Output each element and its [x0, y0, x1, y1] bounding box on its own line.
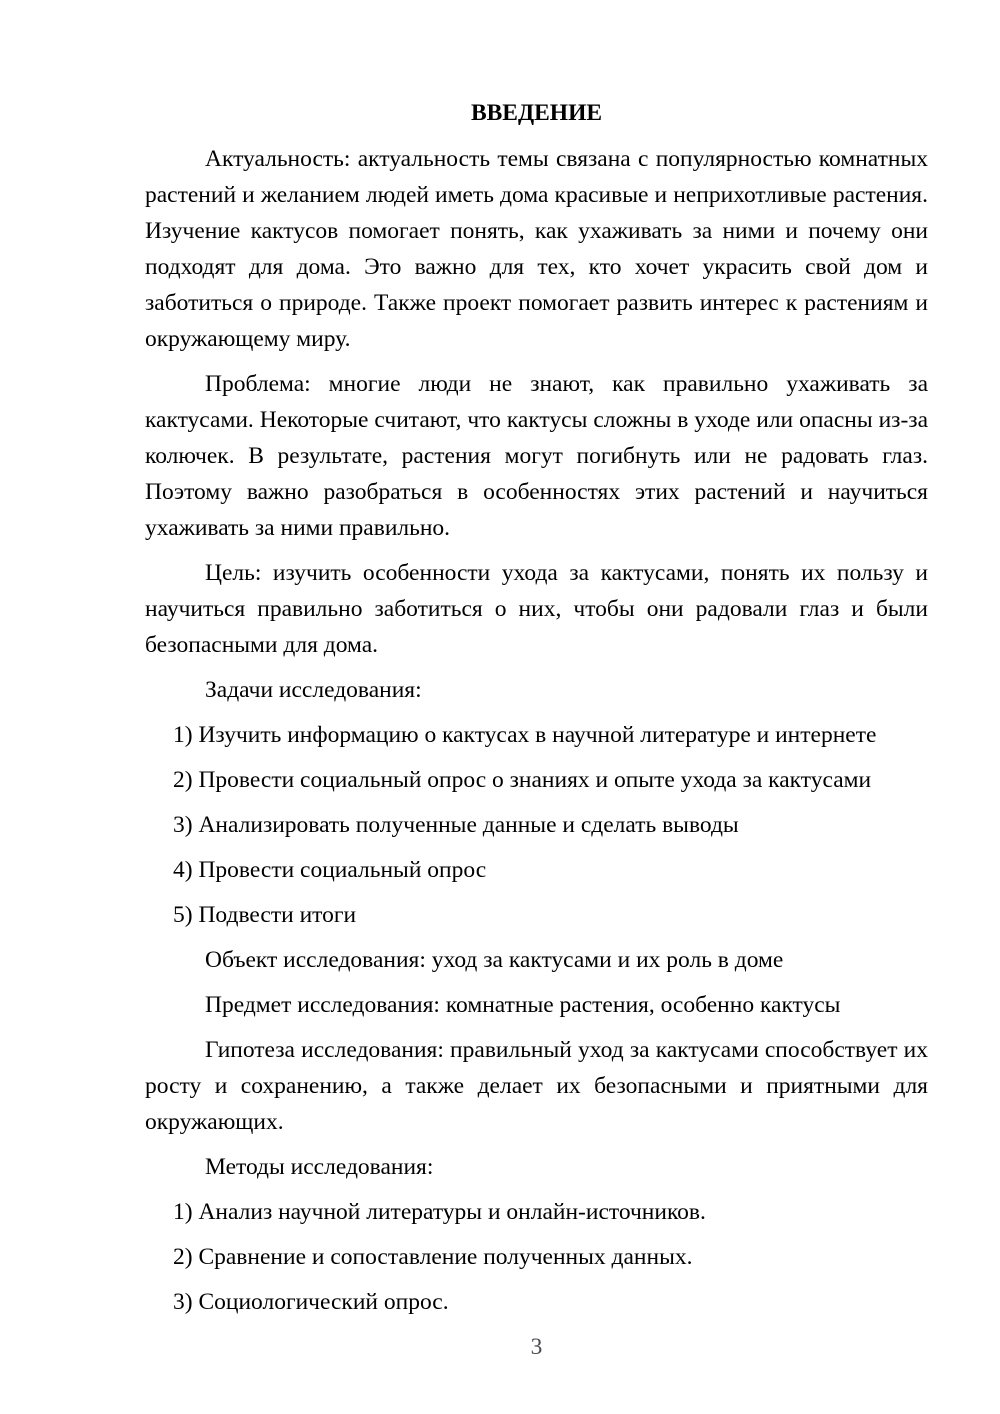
task-item-1-number: 1) [173, 722, 193, 748]
method-item-3-number: 3) [173, 1289, 193, 1315]
task-item-3: 3) Анализировать полученные данные и сде… [145, 807, 928, 843]
paragraph-goal: Цель: изучить особенности ухода за какту… [145, 555, 928, 663]
task-item-5-number: 5) [173, 902, 193, 928]
task-item-2-text: Провести социальный опрос о знаниях и оп… [198, 767, 871, 793]
document-page: ВВЕДЕНИЕ Актуальность: актуальность темы… [0, 0, 1000, 1414]
task-item-3-text: Анализировать полученные данные и сделат… [198, 812, 738, 838]
tasks-heading: Задачи исследования: [145, 672, 928, 708]
task-item-2-number: 2) [173, 767, 193, 793]
doc-title: ВВЕДЕНИЕ [145, 95, 928, 131]
task-item-1: 1) Изучить информацию о кактусах в научн… [145, 717, 928, 753]
method-item-1-number: 1) [173, 1199, 193, 1225]
task-item-4-text: Провести социальный опрос [198, 857, 486, 883]
method-item-2-text: Сравнение и сопоставление полученных дан… [198, 1244, 692, 1270]
task-item-5-text: Подвести итоги [198, 902, 356, 928]
method-item-2-number: 2) [173, 1244, 193, 1270]
paragraph-object: Объект исследования: уход за кактусами и… [145, 942, 928, 978]
task-item-5: 5) Подвести итоги [145, 897, 928, 933]
task-item-4: 4) Провести социальный опрос [145, 852, 928, 888]
task-item-4-number: 4) [173, 857, 193, 883]
methods-heading: Методы исследования: [145, 1149, 928, 1185]
method-item-3-text: Социологический опрос. [198, 1289, 448, 1315]
paragraph-hypothesis: Гипотеза исследования: правильный уход з… [145, 1032, 928, 1140]
method-item-2: 2) Сравнение и сопоставление полученных … [145, 1239, 928, 1275]
task-item-3-number: 3) [173, 812, 193, 838]
method-item-3: 3) Социологический опрос. [145, 1284, 928, 1320]
method-item-1: 1) Анализ научной литературы и онлайн-ис… [145, 1194, 928, 1230]
task-item-1-text: Изучить информацию о кактусах в научной … [198, 722, 876, 748]
task-item-2: 2) Провести социальный опрос о знаниях и… [145, 762, 928, 798]
paragraph-subject: Предмет исследования: комнатные растения… [145, 987, 928, 1023]
page-number: 3 [145, 1329, 928, 1365]
paragraph-problem: Проблема: многие люди не знают, как прав… [145, 366, 928, 546]
method-item-1-text: Анализ научной литературы и онлайн-источ… [198, 1199, 705, 1225]
paragraph-relevance: Актуальность: актуальность темы связана … [145, 141, 928, 357]
